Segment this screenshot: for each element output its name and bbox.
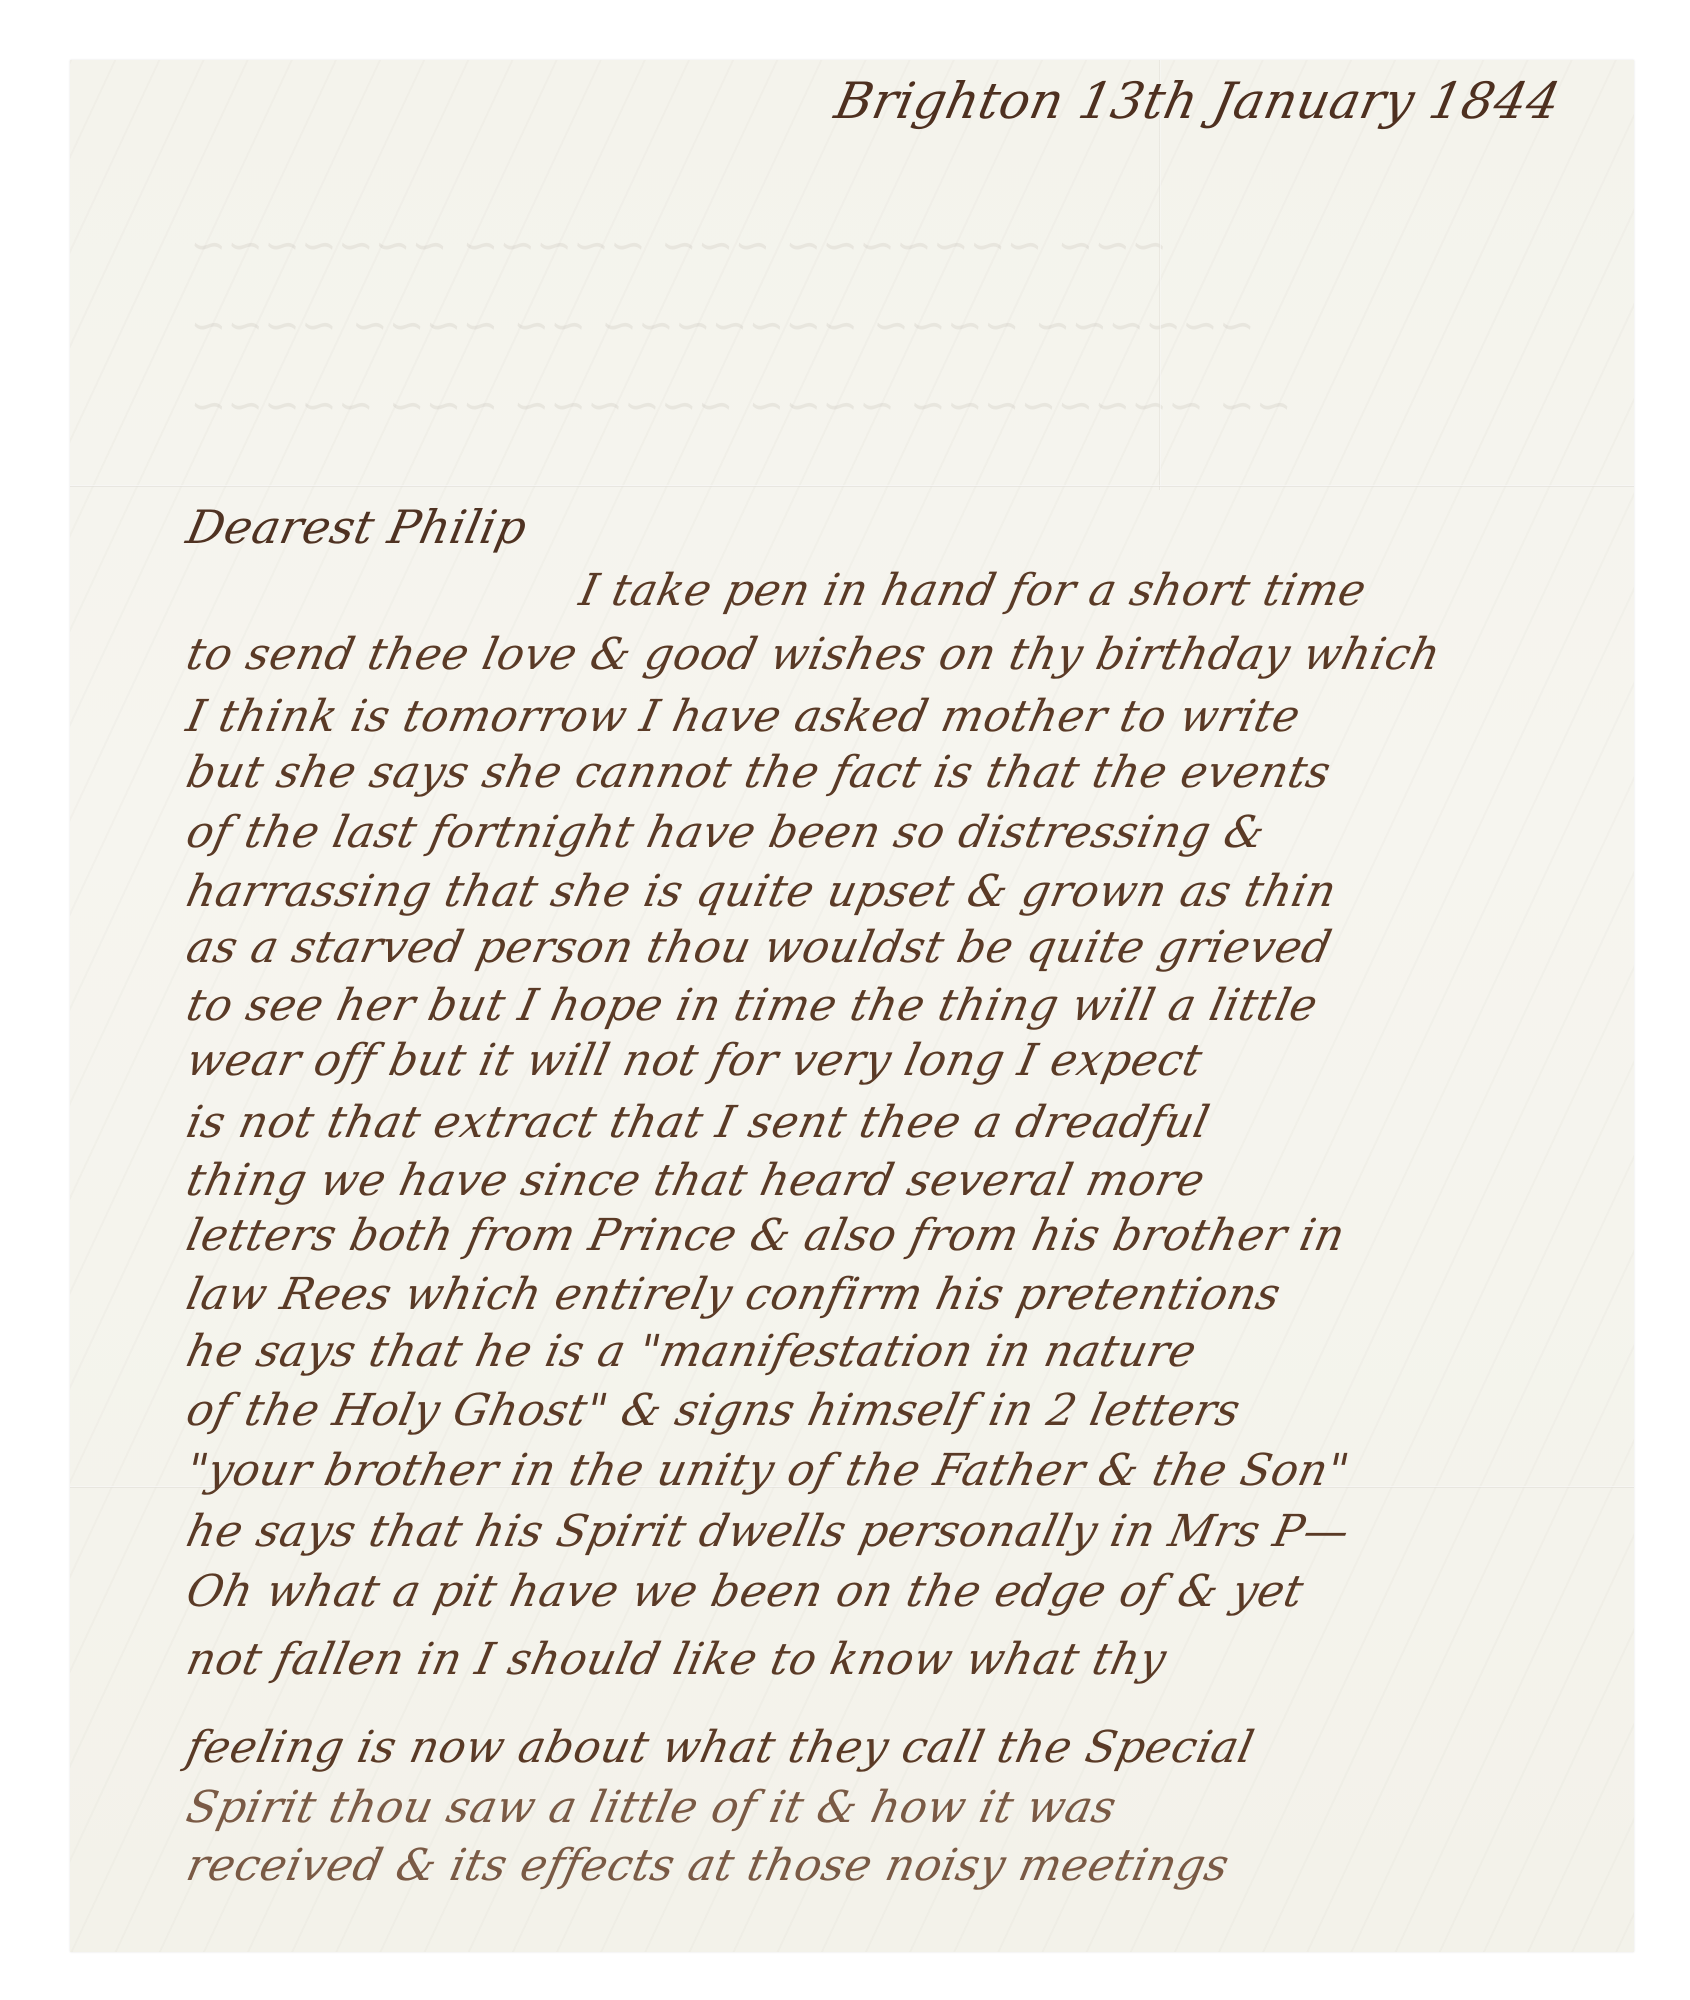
- body-line: Spirit thou saw a little of it & how it …: [182, 1782, 1121, 1833]
- body-line: feeling is now about what they call the …: [182, 1722, 1259, 1773]
- body-line: to see her but I hope in time the thing …: [182, 980, 1322, 1031]
- body-line: received & its effects at those noisy me…: [182, 1840, 1234, 1891]
- bleed-through-text: ~~ ~~~~~~~~ ~~~~ ~~~~~~ ~~~ ~~~~~: [186, 380, 1297, 431]
- body-line: of the Holy Ghost" & signs himself in 2 …: [182, 1385, 1245, 1436]
- body-line: "your brother in the unity of the Father…: [182, 1445, 1354, 1496]
- body-line: to send thee love & good wishes on thy b…: [182, 629, 1445, 680]
- body-line: thing we have since that heard several m…: [182, 1155, 1210, 1206]
- letter-paper: ~~~ ~~~~~~~ ~~~ ~~~~~ ~~~~~~~ ~~~~~~ ~~~…: [70, 60, 1634, 1952]
- body-line: as a starved person thou wouldst be quit…: [182, 922, 1336, 973]
- body-line: he says that he is a "manifestation in n…: [182, 1326, 1201, 1377]
- body-line: Oh what a pit have we been on the edge o…: [182, 1566, 1308, 1617]
- body-line: wear off but it will not for very long I…: [182, 1035, 1207, 1086]
- body-line: law Rees which entirely confirm his pret…: [182, 1269, 1285, 1320]
- body-line: is not that extract that I sent thee a d…: [182, 1097, 1214, 1148]
- body-line: he says that his Spirit dwells personall…: [182, 1506, 1354, 1557]
- body-line: I take pen in hand for a short time: [575, 565, 1371, 616]
- letter-dateline: Brighton 13th January 1844: [830, 72, 1566, 130]
- body-line: harrassing that she is quite upset & gro…: [182, 866, 1341, 917]
- body-line: I think is tomorrow I have asked mother …: [182, 691, 1305, 742]
- bleed-through-text: ~~~~~~ ~~~~ ~~~~~~~ ~~ ~~~~ ~~~~: [186, 300, 1260, 351]
- horizontal-fold-upper: [70, 485, 1634, 487]
- body-line: letters both from Prince & also from his…: [182, 1210, 1350, 1261]
- body-line: of the last fortnight have been so distr…: [182, 807, 1270, 858]
- body-line: not fallen in I should like to know what…: [182, 1634, 1171, 1685]
- letter-salutation: Dearest Philip: [182, 500, 532, 554]
- bleed-through-text: ~~~ ~~~~~~~ ~~~ ~~~~~ ~~~~~~~: [186, 220, 1173, 271]
- body-line: but she says she cannot the fact is that…: [182, 747, 1335, 798]
